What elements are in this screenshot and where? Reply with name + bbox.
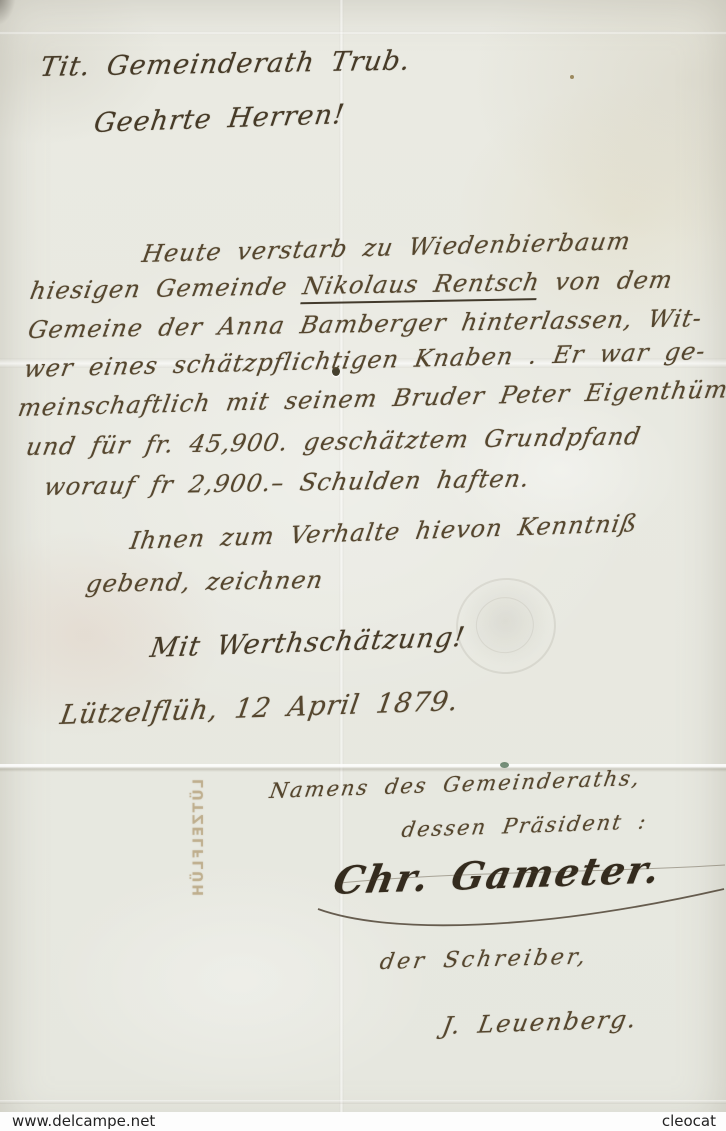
closing-line: Namens des Gemeinderaths,	[268, 766, 643, 803]
delcampe-watermark-text: www.delcampe.net	[12, 1112, 155, 1131]
circular-postmark-inner-ring	[472, 593, 537, 657]
valediction-line: Mit Werthschätzung!	[148, 622, 468, 664]
body-line: Gemeine der Anna Bamberger hinterlassen,…	[26, 304, 705, 344]
body-line: Heute verstarb zu Wiedenbierbaum	[140, 227, 633, 268]
body-line: gebend, zeichnen	[84, 566, 326, 598]
underlined-deceased-name: Nikolaus Rentsch	[300, 268, 542, 304]
paper-edge-crease	[0, 1100, 726, 1104]
vertical-fold-crease	[339, 0, 344, 1112]
body-line: wer eines schätzpflichtigen Knaben . Er …	[22, 337, 708, 383]
closing-line: der Schreiber,	[378, 944, 590, 975]
body-line: Ihnen zum Verhalte hievon Kenntniß	[128, 509, 640, 555]
horizontal-fold-crease-top	[0, 31, 726, 35]
brown-speck	[570, 75, 574, 79]
scribe-signature: J. Leuenberg.	[440, 1005, 640, 1040]
body-line: meinschaftlich mit seinem Bruder Peter E…	[16, 375, 726, 422]
dateline: Lützelflüh, 12 April 1879.	[58, 686, 461, 731]
closing-line: dessen Präsident :	[400, 809, 650, 842]
letter-scan: LÜTZELFLÜH Tit. Gemeinderath Trub. Geehr…	[0, 0, 726, 1131]
body-line: und für fr. 45,900. geschätztem Grundpfa…	[24, 422, 643, 461]
green-ink-fleck	[500, 762, 509, 768]
corner-smudge	[0, 0, 16, 26]
watermark-bar: www.delcampe.net cleocat	[0, 1112, 726, 1131]
body-line: worauf fr 2,900.– Schulden haften.	[42, 464, 532, 501]
body-line-with-underlined-name: hiesigen Gemeinde Nikolaus Rentsch von d…	[28, 266, 675, 305]
body-line-prefix: hiesigen Gemeinde	[28, 272, 306, 305]
cleocat-watermark-text: cleocat	[662, 1112, 716, 1131]
salutation-line: Geehrte Herren!	[92, 99, 347, 139]
president-signature: Chr. Gameter.	[330, 846, 665, 903]
body-line-suffix: von dem	[537, 266, 675, 296]
address-line: Tit. Gemeinderath Trub.	[38, 45, 413, 83]
straightline-town-stamp: LÜTZELFLÜH	[191, 779, 207, 891]
